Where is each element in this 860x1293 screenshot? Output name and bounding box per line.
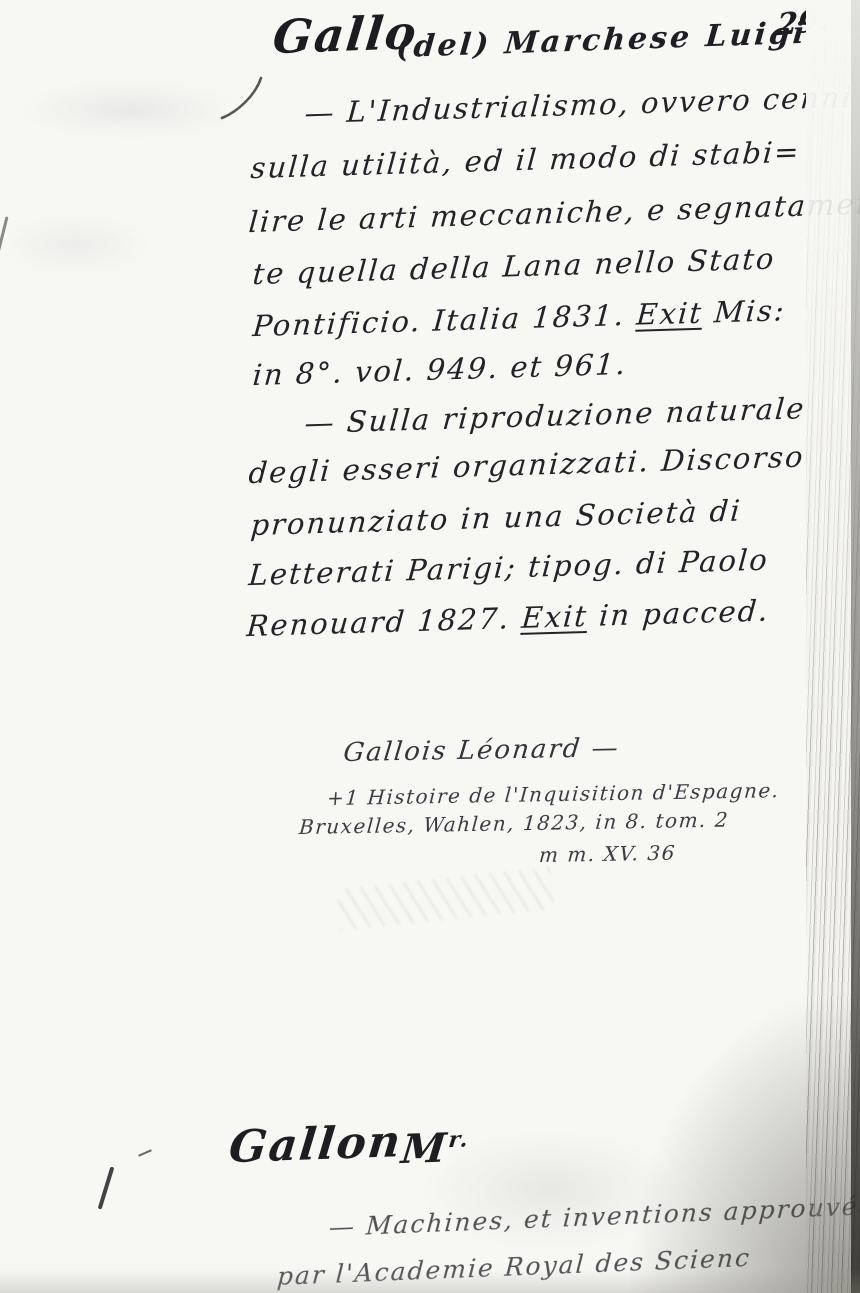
entry-line: par l'Academie Royal des Scienc: [276, 1243, 752, 1291]
ink-smudge: [0, 215, 150, 275]
manuscript-page: 29. Gallo (del) Marchese Luigi — L'Indus…: [0, 0, 860, 1293]
entry-line: — L'Industrialismo, ovvero cenni: [303, 80, 854, 130]
title-initial: M: [399, 1124, 450, 1173]
ink-smudge: [20, 80, 240, 140]
entry-line: — Sulla riproduzione naturale: [303, 391, 806, 440]
entry-line-text: Renouard 1827.: [245, 601, 522, 643]
entry-heading-gallo-rest: (del) Marchese Luigi: [395, 16, 809, 65]
exit-underlined: Exit: [635, 296, 704, 332]
entry-heading-gallon-title: Mr.: [399, 1124, 471, 1174]
ink-bleed-ghost: [336, 867, 554, 931]
title-superscript: r.: [447, 1126, 471, 1153]
pen-flourish: [215, 70, 275, 130]
entry-heading-gallon: Gallon: [227, 1116, 405, 1173]
entry-line: in 8°. vol. 949. et 961.: [251, 347, 628, 392]
entry-line: Renouard 1827. Exit in pacced.: [245, 593, 770, 643]
entry-line: sulla utilità, ed il modo di stabi=: [249, 135, 801, 185]
entry-line: degli esseri organizzati. Discorso: [247, 440, 805, 491]
pen-stroke: [138, 1149, 152, 1157]
entry-line: — Machines, et inventions approuvées: [328, 1190, 860, 1242]
exit-underlined: Exit: [520, 599, 589, 635]
entry-line-text: Mis:: [702, 293, 787, 330]
entry-line: Pontificio. Italia 1831. Exit Mis:: [251, 293, 787, 343]
entry-line: te quella della Lana nello Stato: [251, 241, 776, 291]
pen-stroke: [0, 216, 9, 261]
entry-line-text: in pacced.: [587, 593, 771, 632]
entry-line: pronunziato in una Società di: [249, 493, 742, 542]
entry-line: Letterati Parigi; tipog. di Paolo: [247, 543, 770, 593]
entry-line: +1 Histoire de l'Inquisition d'Espagne.: [326, 778, 780, 810]
entry-line-text: Pontificio. Italia 1831.: [251, 298, 637, 343]
pen-stroke: [98, 1166, 115, 1209]
entry-line: Bruxelles, Wahlen, 1823, in 8. tom. 2: [298, 807, 730, 839]
entry-line: lire le arti meccaniche, e segnatamen=: [247, 186, 860, 239]
shelfmark-line: m m. XV. 36: [538, 841, 677, 867]
entry-heading-gallois: Gallois Léonard —: [342, 733, 621, 768]
